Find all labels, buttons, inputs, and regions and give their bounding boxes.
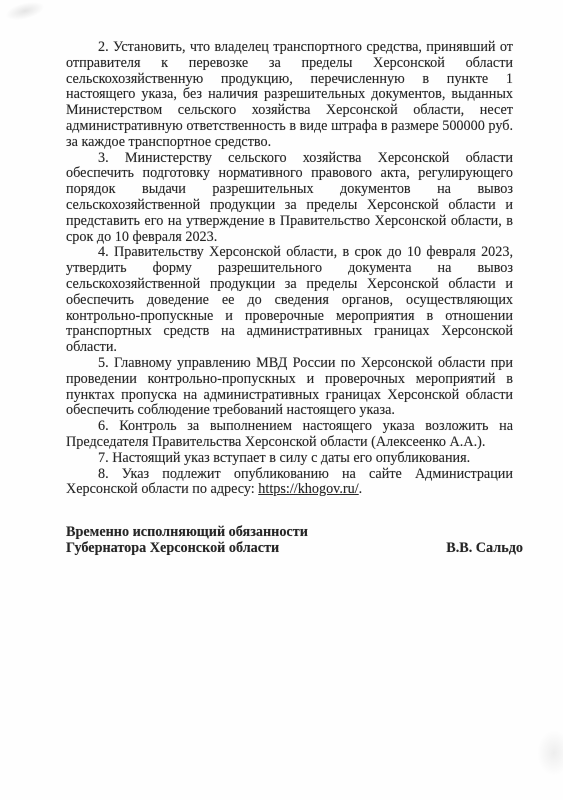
paragraph-2: 2. Установить, что владелец транспортног… xyxy=(66,40,513,151)
paragraph-8-period: . xyxy=(359,481,363,497)
signatory-title-line1: Временно исполняющий обязанности xyxy=(66,525,513,541)
document-body: 2. Установить, что владелец транспортног… xyxy=(66,40,513,557)
scan-artifact-bottom-right xyxy=(537,730,563,776)
publication-link[interactable]: https://khogov.ru/ xyxy=(258,481,358,497)
document-page: 2. Установить, что владелец транспортног… xyxy=(0,0,563,800)
paragraph-3: 3. Министерству сельского хозяйства Херс… xyxy=(66,151,513,246)
paragraph-6: 6. Контроль за выполнением настоящего ук… xyxy=(66,419,513,451)
signatory-name: В.В. Сальдо xyxy=(446,541,523,557)
signature-block: Временно исполняющий обязанности Губерна… xyxy=(66,525,513,557)
signatory-title-line2: Губернатора Херсонской области xyxy=(66,541,279,557)
paragraph-8: 8. Указ подлежит опубликованию на сайте … xyxy=(66,467,513,499)
paragraph-4: 4. Правительству Херсонской области, в с… xyxy=(66,245,513,356)
scan-artifact-top-left xyxy=(4,0,47,24)
paragraph-7: 7. Настоящий указ вступает в силу с даты… xyxy=(66,451,513,467)
paragraph-5: 5. Главному управлению МВД России по Хер… xyxy=(66,356,513,419)
